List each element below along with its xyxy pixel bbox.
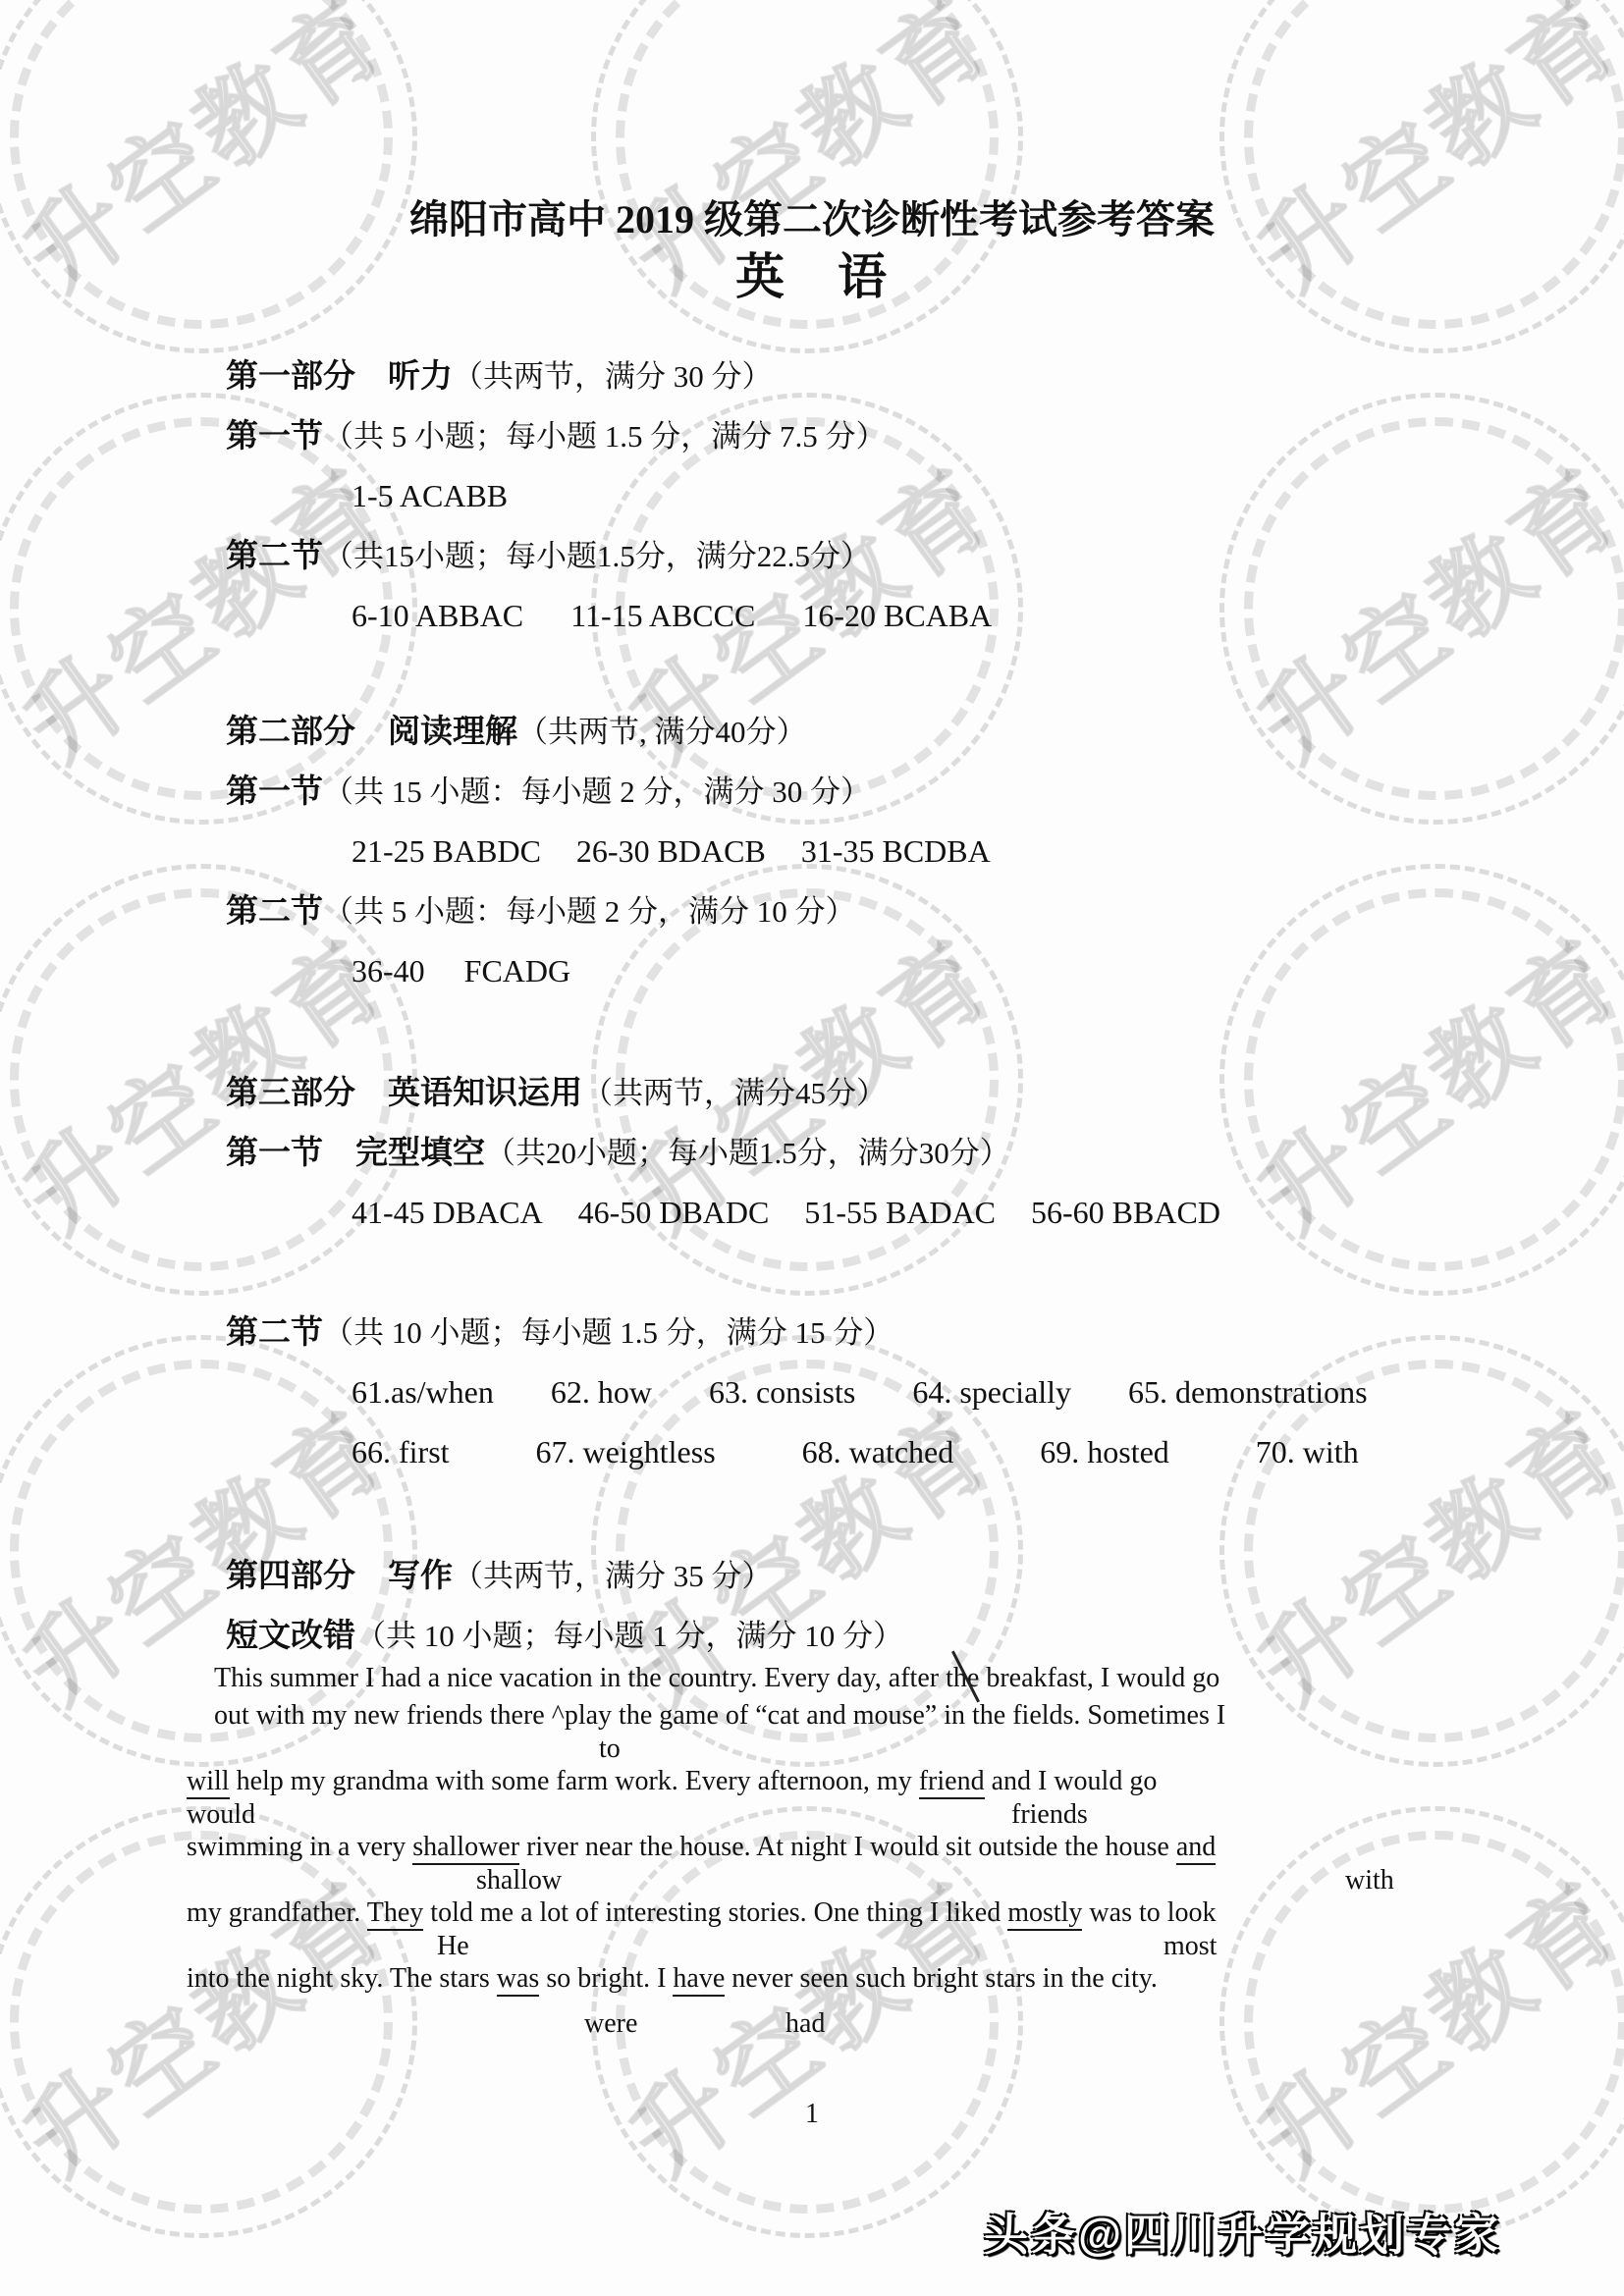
passage-text: river near the house. At night I would s…	[519, 1832, 1176, 1862]
subheading-bold: 短文改错	[226, 1617, 355, 1653]
passage-text: never seen such bright stars in the city…	[725, 1963, 1158, 1994]
part-heading-bold: 第一部分 听力	[226, 357, 453, 394]
subheading-paren: （共 15 小题：每小题 2 分，满分 30 分）	[323, 774, 871, 809]
subheading-bold: 第一节 完型填空	[226, 1134, 485, 1170]
subheading-paren: （共 5 小题；每小题 1.5 分，满分 7.5 分）	[323, 419, 887, 454]
correction-line: werehad	[187, 2009, 1434, 2038]
subheading-bold: 第一节	[226, 773, 323, 809]
answer-group: 26-30 BDACB	[576, 828, 766, 874]
answer-group: 6-10 ABBAC	[352, 593, 523, 638]
passage-text: This summer I had a nice vacation in the…	[214, 1663, 946, 1693]
part-heading-bold: 第四部分 写作	[226, 1557, 453, 1593]
part-heading: 第四部分 写作（共两节，满分 35 分）	[0, 1553, 1624, 1598]
subheading: 第一节（共 15 小题：每小题 2 分，满分 30 分）	[0, 769, 1624, 814]
answer-group: 65. demonstrations	[1128, 1369, 1368, 1415]
correction-word: to	[599, 1735, 621, 1763]
passage-text: was to look	[1082, 1897, 1216, 1928]
correction-word: He	[437, 1932, 469, 1960]
answer-row: 41-45 DBACA46-50 DBADC51-55 BADAC56-60 B…	[0, 1190, 1624, 1235]
part-heading-bold: 第三部分 英语知识运用	[226, 1074, 582, 1110]
document-title: 绵阳市高中 2019 级第二次诊断性考试参考答案	[0, 194, 1624, 245]
passage-line: swimming in a very shallower river near …	[187, 1829, 1434, 1866]
subheading: 第二节（共15小题；每小题1.5分，满分22.5分）	[0, 533, 1624, 578]
part-heading-paren: （共两节, 满分40分）	[517, 715, 807, 749]
answer-row: 21-25 BABDC26-30 BDACB31-35 BCDBA	[0, 828, 1624, 874]
part-heading: 第一部分 听力（共两节，满分 30 分）	[0, 353, 1624, 399]
passage-text: out with my new friends there ^play the …	[214, 1700, 1225, 1731]
answer-group: 46-50 DBADC	[578, 1190, 770, 1235]
subheading: 第一节 完型填空（共20小题；每小题1.5分，满分30分）	[0, 1130, 1624, 1175]
passage-text: so bright. I	[539, 1963, 673, 1994]
part-heading: 第二部分 阅读理解（共两节, 满分40分）	[0, 709, 1624, 754]
correction-word: with	[1345, 1866, 1394, 1895]
subheading-bold: 第二节	[226, 892, 323, 929]
correction-word: had	[785, 2009, 825, 2038]
subheading-bold: 第二节	[226, 1313, 323, 1350]
answer-sheet-page: 升空教育升空教育升空教育升空教育升空教育升空教育升空教育升空教育升空教育升空教育…	[0, 0, 1624, 2296]
correction-line: Hemost	[187, 1932, 1434, 1960]
answer-group: 70. with	[1256, 1429, 1359, 1474]
underlined-word: mostly	[1007, 1897, 1082, 1931]
part-heading-bold: 第二部分 阅读理解	[226, 713, 517, 749]
subheading: 第一节（共 5 小题；每小题 1.5 分，满分 7.5 分）	[0, 413, 1624, 458]
page-content: 绵阳市高中 2019 级第二次诊断性考试参考答案 英 语 第一部分 听力（共两节…	[0, 0, 1624, 2296]
passage-line: will help my grandma with some farm work…	[187, 1763, 1434, 1800]
part-heading: 第三部分 英语知识运用（共两节，满分45分）	[0, 1070, 1624, 1115]
passage-text: help my grandma with some farm work. Eve…	[230, 1766, 919, 1796]
answer-group: 1-5 ACABB	[352, 473, 508, 518]
answer-group: 56-60 BBACD	[1031, 1190, 1220, 1235]
subheading-paren: （共 10 小题；每小题 1 分，满分 10 分）	[355, 1619, 903, 1653]
answer-group: 64. specially	[912, 1369, 1071, 1415]
answer-group: 16-20 BCABA	[802, 593, 992, 638]
subheading-paren: （共 10 小题；每小题 1.5 分，满分 15 分）	[323, 1315, 893, 1350]
part-heading-paren: （共两节，满分45分）	[582, 1076, 887, 1110]
answer-row: 66. first67. weightless68. watched69. ho…	[0, 1429, 1624, 1474]
passage-line: my grandfather. They told me a lot of in…	[187, 1895, 1434, 1932]
answer-group: 11-15 ABCCC	[570, 593, 755, 638]
correction-word: friends	[1011, 1800, 1088, 1829]
underlined-word: will	[187, 1766, 230, 1799]
passage-line: This summer I had a nice vacation in the…	[187, 1660, 1434, 1697]
subheading: 第二节（共 5 小题：每小题 2 分，满分 10 分）	[0, 888, 1624, 934]
answer-row: 1-5 ACABB	[0, 473, 1624, 518]
answer-parts: 第一部分 听力（共两节，满分 30 分）第一节（共 5 小题；每小题 1.5 分…	[0, 353, 1624, 1658]
correction-line: to	[187, 1735, 1434, 1763]
passage-text: my grandfather.	[187, 1897, 367, 1928]
answer-row: 6-10 ABBAC11-15 ABCCC16-20 BCABA	[0, 593, 1624, 638]
passage-line: into the night sky. The stars was so bri…	[187, 1960, 1434, 1998]
underlined-word: was	[497, 1963, 540, 1997]
answer-row: 61.as/when62. how63. consists64. special…	[0, 1369, 1624, 1415]
passage-text: into the night sky. The stars	[187, 1963, 497, 1994]
correction-line: wouldfriends	[187, 1800, 1434, 1829]
deleted-word: the	[946, 1663, 979, 1693]
passage-text: told me a lot of interesting stories. On…	[423, 1897, 1007, 1928]
answer-group: 61.as/when	[352, 1369, 494, 1415]
passage-text: swimming in a very	[187, 1832, 412, 1862]
answer-group: 69. hosted	[1040, 1429, 1169, 1474]
subheading-paren: （共 5 小题：每小题 2 分，满分 10 分）	[323, 894, 856, 929]
answer-group: 31-35 BCDBA	[801, 828, 991, 874]
answer-group: 67. weightless	[536, 1429, 716, 1474]
correction-word: shallow	[476, 1866, 562, 1895]
answer-row: 36-40FCADG	[0, 948, 1624, 993]
underlined-word: shallower	[412, 1832, 519, 1865]
underlined-word: They	[367, 1897, 424, 1931]
correction-word: most	[1164, 1932, 1217, 1960]
correction-line: shallowwith	[187, 1866, 1434, 1895]
answer-group: 51-55 BADAC	[804, 1190, 996, 1235]
passage-text: and I would go	[985, 1766, 1158, 1796]
answer-group: 63. consists	[709, 1369, 855, 1415]
passage-text: breakfast, I would go	[979, 1663, 1219, 1693]
answer-group: 66. first	[352, 1429, 450, 1474]
underlined-word: have	[673, 1963, 725, 1997]
answer-group: 21-25 BABDC	[352, 828, 541, 874]
subheading: 短文改错（共 10 小题；每小题 1 分，满分 10 分）	[0, 1613, 1624, 1658]
error-correction-passage: This summer I had a nice vacation in the…	[187, 1660, 1434, 2038]
subheading-paren: （共20小题；每小题1.5分，满分30分）	[485, 1136, 1010, 1170]
correction-word: were	[584, 2009, 637, 2038]
subheading-paren: （共15小题；每小题1.5分，满分22.5分）	[323, 539, 871, 573]
underlined-word: friend	[919, 1766, 985, 1799]
answer-group: 41-45 DBACA	[352, 1190, 543, 1235]
subheading-bold: 第二节	[226, 537, 323, 573]
subject-title: 英 语	[0, 245, 1624, 308]
answer-group: 62. how	[551, 1369, 652, 1415]
subheading-bold: 第一节	[226, 417, 323, 454]
correction-word: would	[187, 1800, 255, 1829]
answer-group: FCADG	[464, 948, 570, 993]
part-heading-paren: （共两节，满分 30 分）	[453, 359, 773, 394]
passage-line: out with my new friends there ^play the …	[187, 1697, 1434, 1735]
underlined-word: and	[1176, 1832, 1216, 1865]
answer-group: 68. watched	[802, 1429, 954, 1474]
subheading: 第二节（共 10 小题；每小题 1.5 分，满分 15 分）	[0, 1309, 1624, 1355]
part-heading-paren: （共两节，满分 35 分）	[453, 1559, 773, 1593]
answer-group: 36-40	[352, 948, 425, 993]
